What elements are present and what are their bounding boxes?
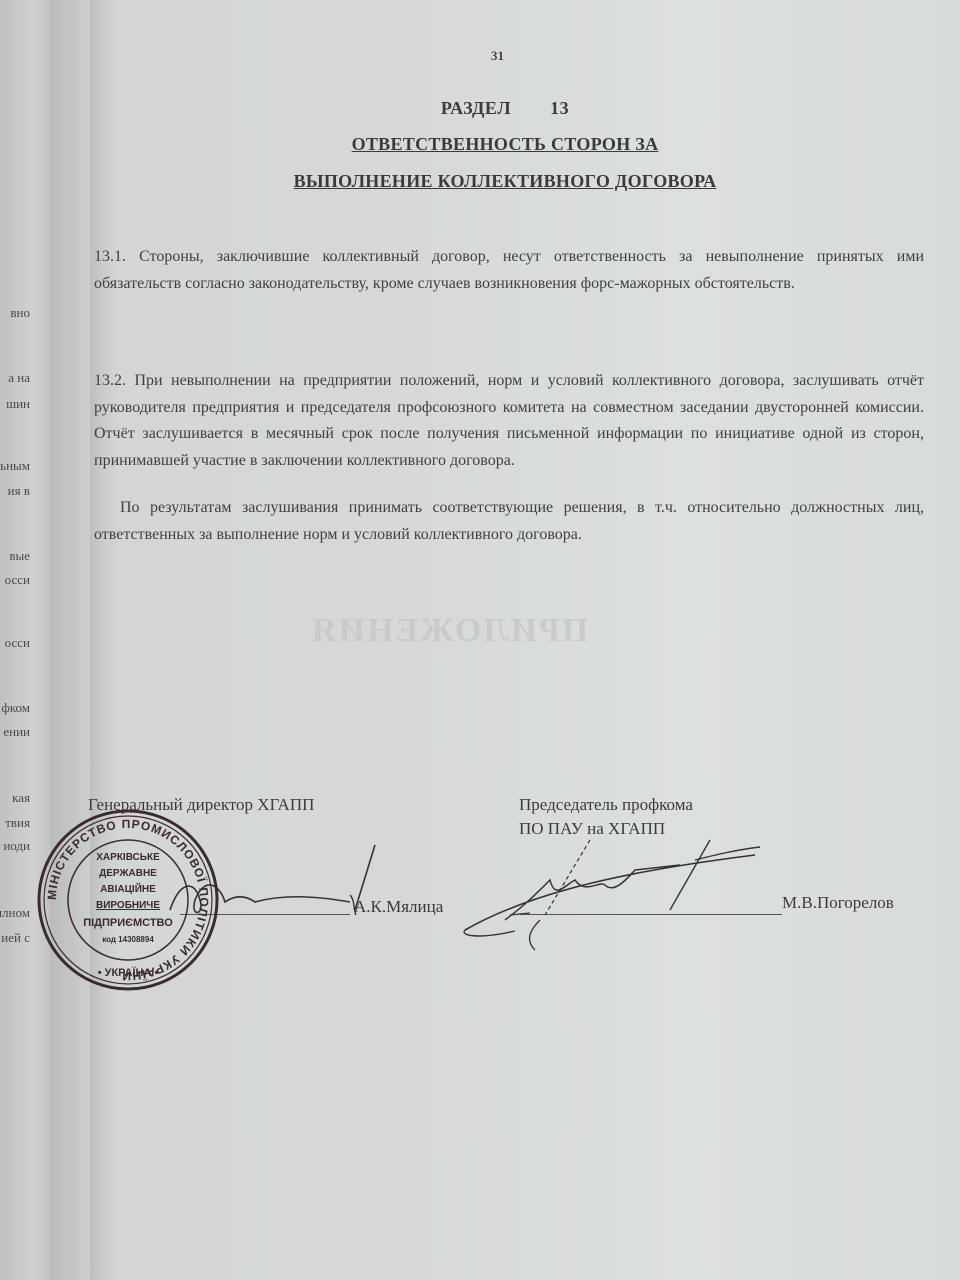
signatory-right-name: М.В.Погорелов (782, 893, 894, 913)
adjacent-page-text-fragment: вно (0, 305, 30, 321)
svg-text:ПІДПРИЄМСТВО: ПІДПРИЄМСТВО (83, 917, 173, 929)
adjacent-page-text-fragment: а на (0, 370, 30, 386)
section-number: 13 (550, 98, 569, 118)
adjacent-page-text-fragment: ении (0, 724, 30, 740)
adjacent-page-text-fragment: осси (0, 635, 30, 651)
adjacent-page-text-fragment: кая (0, 790, 30, 806)
section-label: РАЗДЕЛ (441, 98, 511, 118)
page-number: 31 (491, 48, 504, 64)
adjacent-page-text-fragment: плном (0, 905, 30, 921)
svg-text:ДЕРЖАВНЕ: ДЕРЖАВНЕ (99, 868, 157, 879)
section-title-line-1: ОТВЕТСТВЕННОСТЬ СТОРОН ЗА (0, 134, 960, 155)
section-heading: РАЗДЕЛ 13 (0, 98, 960, 119)
bleed-through-heading: ПРИЛОЖЕНИЯ (310, 612, 588, 650)
page-fold-shadow (90, 0, 120, 1280)
svg-text:ВИРОБНИЧЕ: ВИРОБНИЧЕ (96, 900, 160, 911)
svg-text:• УКРАЇНА •: • УКРАЇНА • (98, 966, 159, 979)
adjacent-page-text-fragment: твия (0, 815, 30, 831)
svg-text:АВІАЦІЙНЕ: АВІАЦІЙНЕ (100, 882, 156, 895)
official-stamp: МІНІСТЕРСТВО ПРОМИСЛОВОЇ ПОЛІТИКИ УКРАЇН… (36, 808, 220, 992)
adjacent-page-text-fragment: ьным (0, 458, 30, 474)
paragraph-13-1: 13.1. Стороны, заключившие коллективный … (94, 244, 924, 297)
adjacent-page-text-fragment: иоди (0, 838, 30, 854)
section-title-line-2: ВЫПОЛНЕНИЕ КОЛЛЕКТИВНОГО ДОГОВОРА (0, 171, 960, 192)
signatory-right-title-1: Председатель профкома (519, 795, 693, 815)
paragraph-13-2: 13.2. При невыполнении на предприятии по… (94, 368, 924, 474)
adjacent-page-text-fragment: вые (0, 548, 30, 564)
svg-text:код 14308894: код 14308894 (102, 935, 154, 944)
svg-text:ХАРКІВСЬКЕ: ХАРКІВСЬКЕ (96, 852, 160, 863)
adjacent-page-text-fragment: ия в (0, 483, 30, 499)
paragraph-results: По результатам заслушивания принимать со… (94, 495, 924, 548)
handwritten-signature-right (455, 835, 775, 955)
adjacent-page-text-fragment: шин (0, 396, 30, 412)
adjacent-page-text-fragment: осси (0, 572, 30, 588)
adjacent-page-text-fragment: фком (0, 700, 30, 716)
adjacent-page-text-fragment: ией с (0, 930, 30, 946)
